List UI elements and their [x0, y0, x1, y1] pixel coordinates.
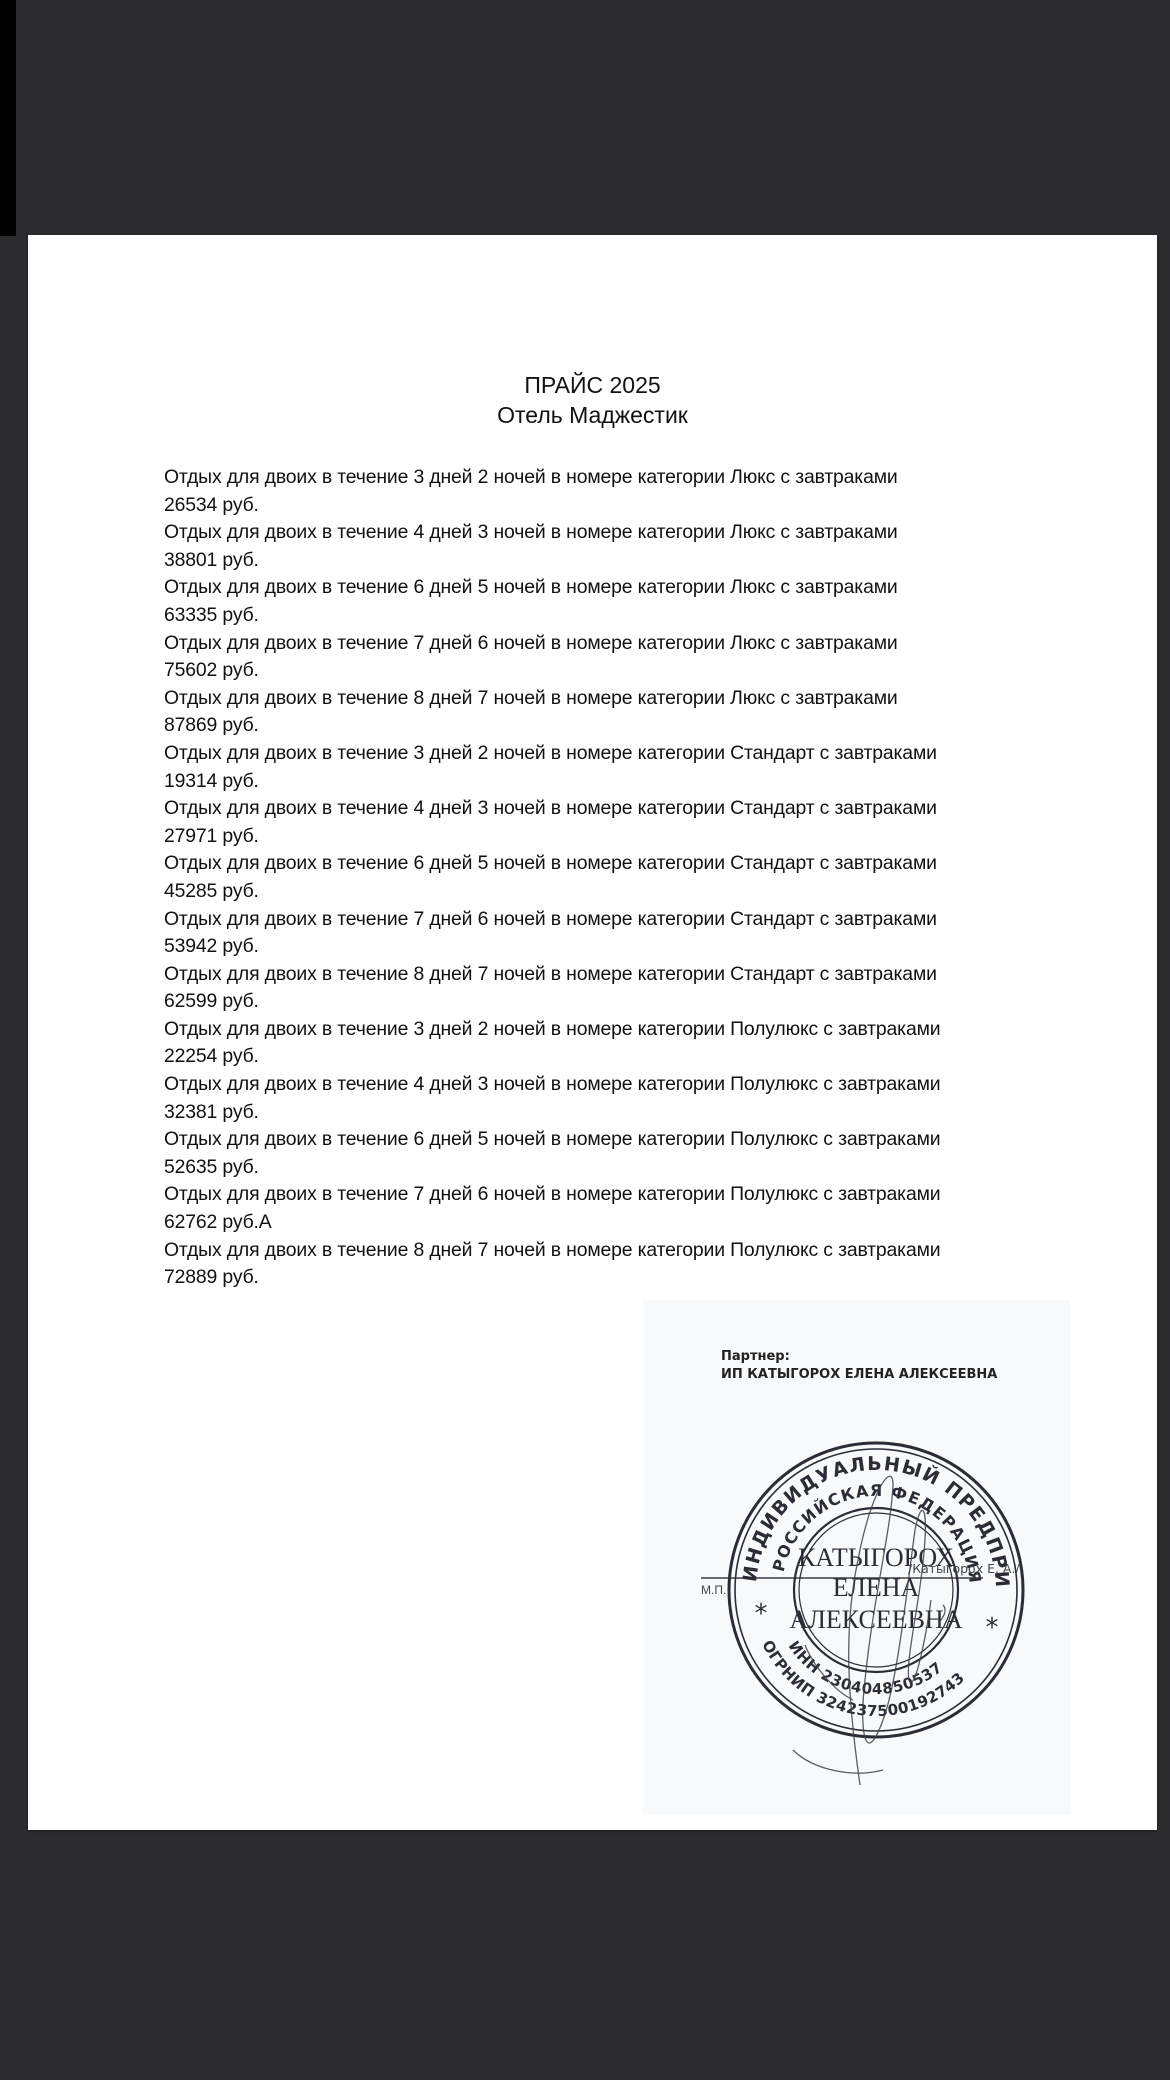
price-value: 45285 руб.	[164, 878, 1064, 906]
stamp-center-line3: АЛЕКСЕЕВНА	[790, 1605, 963, 1634]
price-value: 53942 руб.	[164, 933, 1064, 961]
price-description: Отдых для двоих в течение 6 дней 5 ночей…	[164, 574, 1064, 602]
price-description: Отдых для двоих в течение 6 дней 5 ночей…	[164, 1126, 1064, 1154]
price-value: 75602 руб.	[164, 657, 1064, 685]
document-header: ПРАЙС 2025 Отель Маджестик	[28, 371, 1157, 431]
price-description: Отдых для двоих в течение 8 дней 7 ночей…	[164, 685, 1064, 713]
price-item: Отдых для двоих в течение 6 дней 5 ночей…	[164, 1126, 1064, 1181]
price-value: 52635 руб.	[164, 1154, 1064, 1182]
price-list: Отдых для двоих в течение 3 дней 2 ночей…	[164, 464, 1064, 1292]
price-value: 62599 руб.	[164, 988, 1064, 1016]
price-description: Отдых для двоих в течение 3 дней 2 ночей…	[164, 464, 1064, 492]
price-item: Отдых для двоих в течение 3 дней 2 ночей…	[164, 464, 1064, 519]
price-item: Отдых для двоих в течение 8 дней 7 ночей…	[164, 1237, 1064, 1292]
price-description: Отдых для двоих в течение 3 дней 2 ночей…	[164, 1016, 1064, 1044]
document-page: ПРАЙС 2025 Отель Маджестик Отдых для дво…	[28, 235, 1157, 1830]
price-value: 32381 руб.	[164, 1099, 1064, 1127]
stamp-seal-icon: ИНДИВИДУАЛЬНЫЙ ПРЕДПРИНИМАТЕЛЬ РОССИЙСКА…	[643, 1300, 1070, 1815]
price-value: 72889 руб.	[164, 1264, 1064, 1292]
hotel-name: Отель Маджестик	[28, 401, 1157, 431]
price-description: Отдых для двоих в течение 7 дней 6 ночей…	[164, 906, 1064, 934]
price-value: 26534 руб.	[164, 492, 1064, 520]
document-title: ПРАЙС 2025	[524, 372, 660, 398]
price-value: 22254 руб.	[164, 1043, 1064, 1071]
stamp-star-left: *	[755, 1599, 768, 1629]
price-description: Отдых для двоих в течение 8 дней 7 ночей…	[164, 961, 1064, 989]
price-description: Отдых для двоих в течение 4 дней 3 ночей…	[164, 795, 1064, 823]
mp-label: М.П.	[701, 1583, 726, 1597]
price-description: Отдых для двоих в течение 7 дней 6 ночей…	[164, 630, 1064, 658]
price-item: Отдых для двоих в течение 6 дней 5 ночей…	[164, 574, 1064, 629]
price-item: Отдых для двоих в течение 7 дней 6 ночей…	[164, 1181, 1064, 1236]
price-item: Отдых для двоих в течение 4 дней 3 ночей…	[164, 1071, 1064, 1126]
price-value: 87869 руб.	[164, 712, 1064, 740]
price-value: 38801 руб.	[164, 547, 1064, 575]
price-description: Отдых для двоих в течение 8 дней 7 ночей…	[164, 1237, 1064, 1265]
price-item: Отдых для двоих в течение 3 дней 2 ночей…	[164, 1016, 1064, 1071]
price-value: 19314 руб.	[164, 768, 1064, 796]
price-item: Отдых для двоих в течение 4 дней 3 ночей…	[164, 519, 1064, 574]
price-description: Отдых для двоих в течение 4 дней 3 ночей…	[164, 519, 1064, 547]
price-item: Отдых для двоих в течение 6 дней 5 ночей…	[164, 850, 1064, 905]
price-description: Отдых для двоих в течение 4 дней 3 ночей…	[164, 1071, 1064, 1099]
left-edge-strip	[0, 0, 16, 236]
signature-caption: /Катыгорох Е. А./	[908, 1561, 1020, 1576]
price-description: Отдых для двоих в течение 7 дней 6 ночей…	[164, 1181, 1064, 1209]
price-item: Отдых для двоих в течение 8 дней 7 ночей…	[164, 961, 1064, 1016]
price-description: Отдых для двоих в течение 3 дней 2 ночей…	[164, 740, 1064, 768]
price-item: Отдых для двоих в течение 3 дней 2 ночей…	[164, 740, 1064, 795]
price-item: Отдых для двоих в течение 4 дней 3 ночей…	[164, 795, 1064, 850]
price-item: Отдых для двоих в течение 8 дней 7 ночей…	[164, 685, 1064, 740]
price-item: Отдых для двоих в течение 7 дней 6 ночей…	[164, 630, 1064, 685]
price-description: Отдых для двоих в течение 6 дней 5 ночей…	[164, 850, 1064, 878]
stamp-star-right: *	[986, 1613, 999, 1643]
signature-block: Партнер: ИП КАТЫГОРОХ ЕЛЕНА АЛЕКСЕЕВНА	[643, 1300, 1070, 1815]
price-value: 27971 руб.	[164, 823, 1064, 851]
price-value: 62762 руб.А	[164, 1209, 1064, 1237]
price-value: 63335 руб.	[164, 602, 1064, 630]
price-item: Отдых для двоих в течение 7 дней 6 ночей…	[164, 906, 1064, 961]
